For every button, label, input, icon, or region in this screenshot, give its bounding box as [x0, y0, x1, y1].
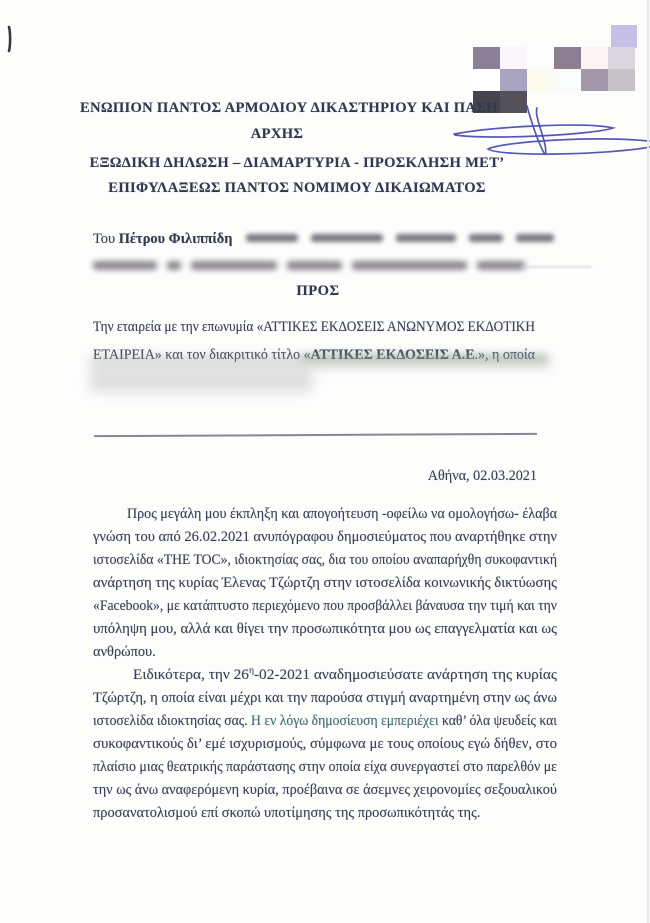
redacted-text-chunk [167, 261, 181, 270]
mosaic-cell [608, 69, 635, 91]
signature-stroke [488, 139, 650, 154]
mosaic-cell [608, 47, 635, 69]
text-line: υπόληψη μου, αλλά και θίγει την προσωπικ… [93, 618, 557, 641]
text-line: Προς μεγάλη μου έκπληξη και απογοήτευση … [127, 503, 557, 526]
sender-name: Πέτρου Φιλιππίδη [119, 231, 233, 247]
body-paragraph-1: Προς μεγάλη μου έκπληξη και απογοήτευση … [93, 503, 581, 664]
mosaic-cell [554, 47, 581, 69]
text-line: «Facebook», με κατάπτυστο περιεχόμενο πο… [93, 595, 557, 618]
blur-redaction [90, 368, 312, 392]
text-line: γνώση του από 26.02.2021 ανυπόγραφου δημ… [93, 526, 557, 549]
blur-redaction [520, 266, 592, 268]
text-line: ιστοσελίδα ιδιοκτησίας σας. Η εν λόγω δη… [93, 710, 557, 733]
redacted-text-chunk [246, 234, 298, 242]
text-line: Ειδικότερα, την 26η-02-2021 αναδημοσιεύσ… [133, 664, 557, 687]
separator-line [94, 433, 537, 437]
document-page: ΕΝΩΠΙΟΝ ΠΑΝΤΟΣ ΑΡΜΟΔΙΟΥ ΔΙΚΑΣΤΗΡΙΟΥ ΚΑΙ … [0, 0, 650, 923]
body-paragraph-2: Ειδικότερα, την 26η-02-2021 αναδημοσιεύσ… [93, 664, 581, 825]
document-title: ΕΞΩΔΙΚΗ ΔΗΛΩΣΗ – ΔΙΑΜΑΡΤΥΡΙΑ - ΠΡΟΣΚΛΗΣΗ… [88, 151, 506, 201]
text-line: ανθρώπου. [93, 641, 156, 664]
redacted-text-chunk [516, 234, 554, 242]
scan-edge-artifact [647, 0, 649, 923]
mosaic-cell [500, 47, 527, 69]
mosaic-cell [527, 47, 554, 69]
scan-ink-mark [9, 27, 10, 51]
mosaic-cell [500, 69, 527, 91]
mosaic-cell [611, 25, 637, 48]
signature-stroke [454, 125, 613, 137]
mosaic-cell [473, 47, 500, 69]
court-heading-line2: ΑΡΧΗΣ [80, 121, 474, 147]
mosaic-cell [581, 69, 608, 91]
text-line: συκοφαντικούς δι’ εμέ ισχυρισμούς, σύμφω… [93, 733, 557, 756]
court-heading-line1: ΕΝΩΠΙΟΝ ΠΑΝΤΟΣ ΑΡΜΟΔΙΟΥ ΔΙΚΑΣΤΗΡΙΟΥ ΚΑΙ … [80, 95, 474, 121]
mosaic-cell [554, 69, 581, 91]
mosaic-cell [500, 91, 527, 113]
signature-stroke [527, 106, 546, 154]
redacted-text-chunk [287, 261, 342, 270]
date-line: Αθήνα, 02.03.2021 [428, 468, 537, 485]
redacted-sender-address [93, 258, 525, 272]
redacted-text-chunk [352, 261, 467, 270]
redacted-text-chunk [191, 261, 277, 270]
text-line: την ως άνω αναφερόμενη κυρία, προέβαινα … [93, 779, 557, 802]
sender-line: Του Πέτρου Φιλιππίδη [93, 231, 554, 248]
blur-redaction [300, 354, 548, 362]
mosaic-cell [581, 47, 608, 69]
redacted-text-chunk [93, 261, 157, 270]
redacted-text-chunk [469, 234, 503, 242]
sender-prefix: Του [93, 231, 119, 247]
mosaic-cell [527, 69, 554, 91]
text-line: Τζώρτζη, η οποία είναι μέχρι και την παρ… [93, 687, 557, 710]
mosaic-cell [473, 69, 500, 91]
court-heading: ΕΝΩΠΙΟΝ ΠΑΝΤΟΣ ΑΡΜΟΔΙΟΥ ΔΙΚΑΣΤΗΡΙΟΥ ΚΑΙ … [80, 95, 474, 147]
redacted-text-chunk [396, 234, 456, 242]
redacted-text-chunk [477, 261, 525, 270]
text-line: ιστοσελίδα «THE TOC», ιδιοκτησίας σας, δ… [93, 549, 557, 572]
redacted-sender-info [232, 231, 554, 247]
pros-heading: ΠΡΟΣ [93, 283, 543, 300]
redacted-text-chunk [311, 234, 383, 242]
document-title-line1: ΕΞΩΔΙΚΗ ΔΗΛΩΣΗ – ΔΙΑΜΑΡΤΥΡΙΑ - ΠΡΟΣΚΛΗΣΗ… [88, 151, 506, 176]
document-title-line2: ΕΠΙΦΥΛΑΞΕΩΣ ΠΑΝΤΟΣ ΝΟΜΙΜΟΥ ΔΙΚΑΙΩΜΑΤΟΣ [88, 176, 506, 201]
text-line: προσανατολισμού επί σκοπώ υποτίμησης της… [93, 802, 480, 825]
text-line: πλαίσιο μιας θεατρικής παράστασης στην ο… [93, 756, 557, 779]
text-line: Την εταιρεία με την επωνυμία «ΑΤΤΙΚΕΣ ΕΚ… [93, 313, 535, 341]
text-line: ανάρτηση της κυρίας Έλενας Τζώρτζη στην … [93, 572, 557, 595]
